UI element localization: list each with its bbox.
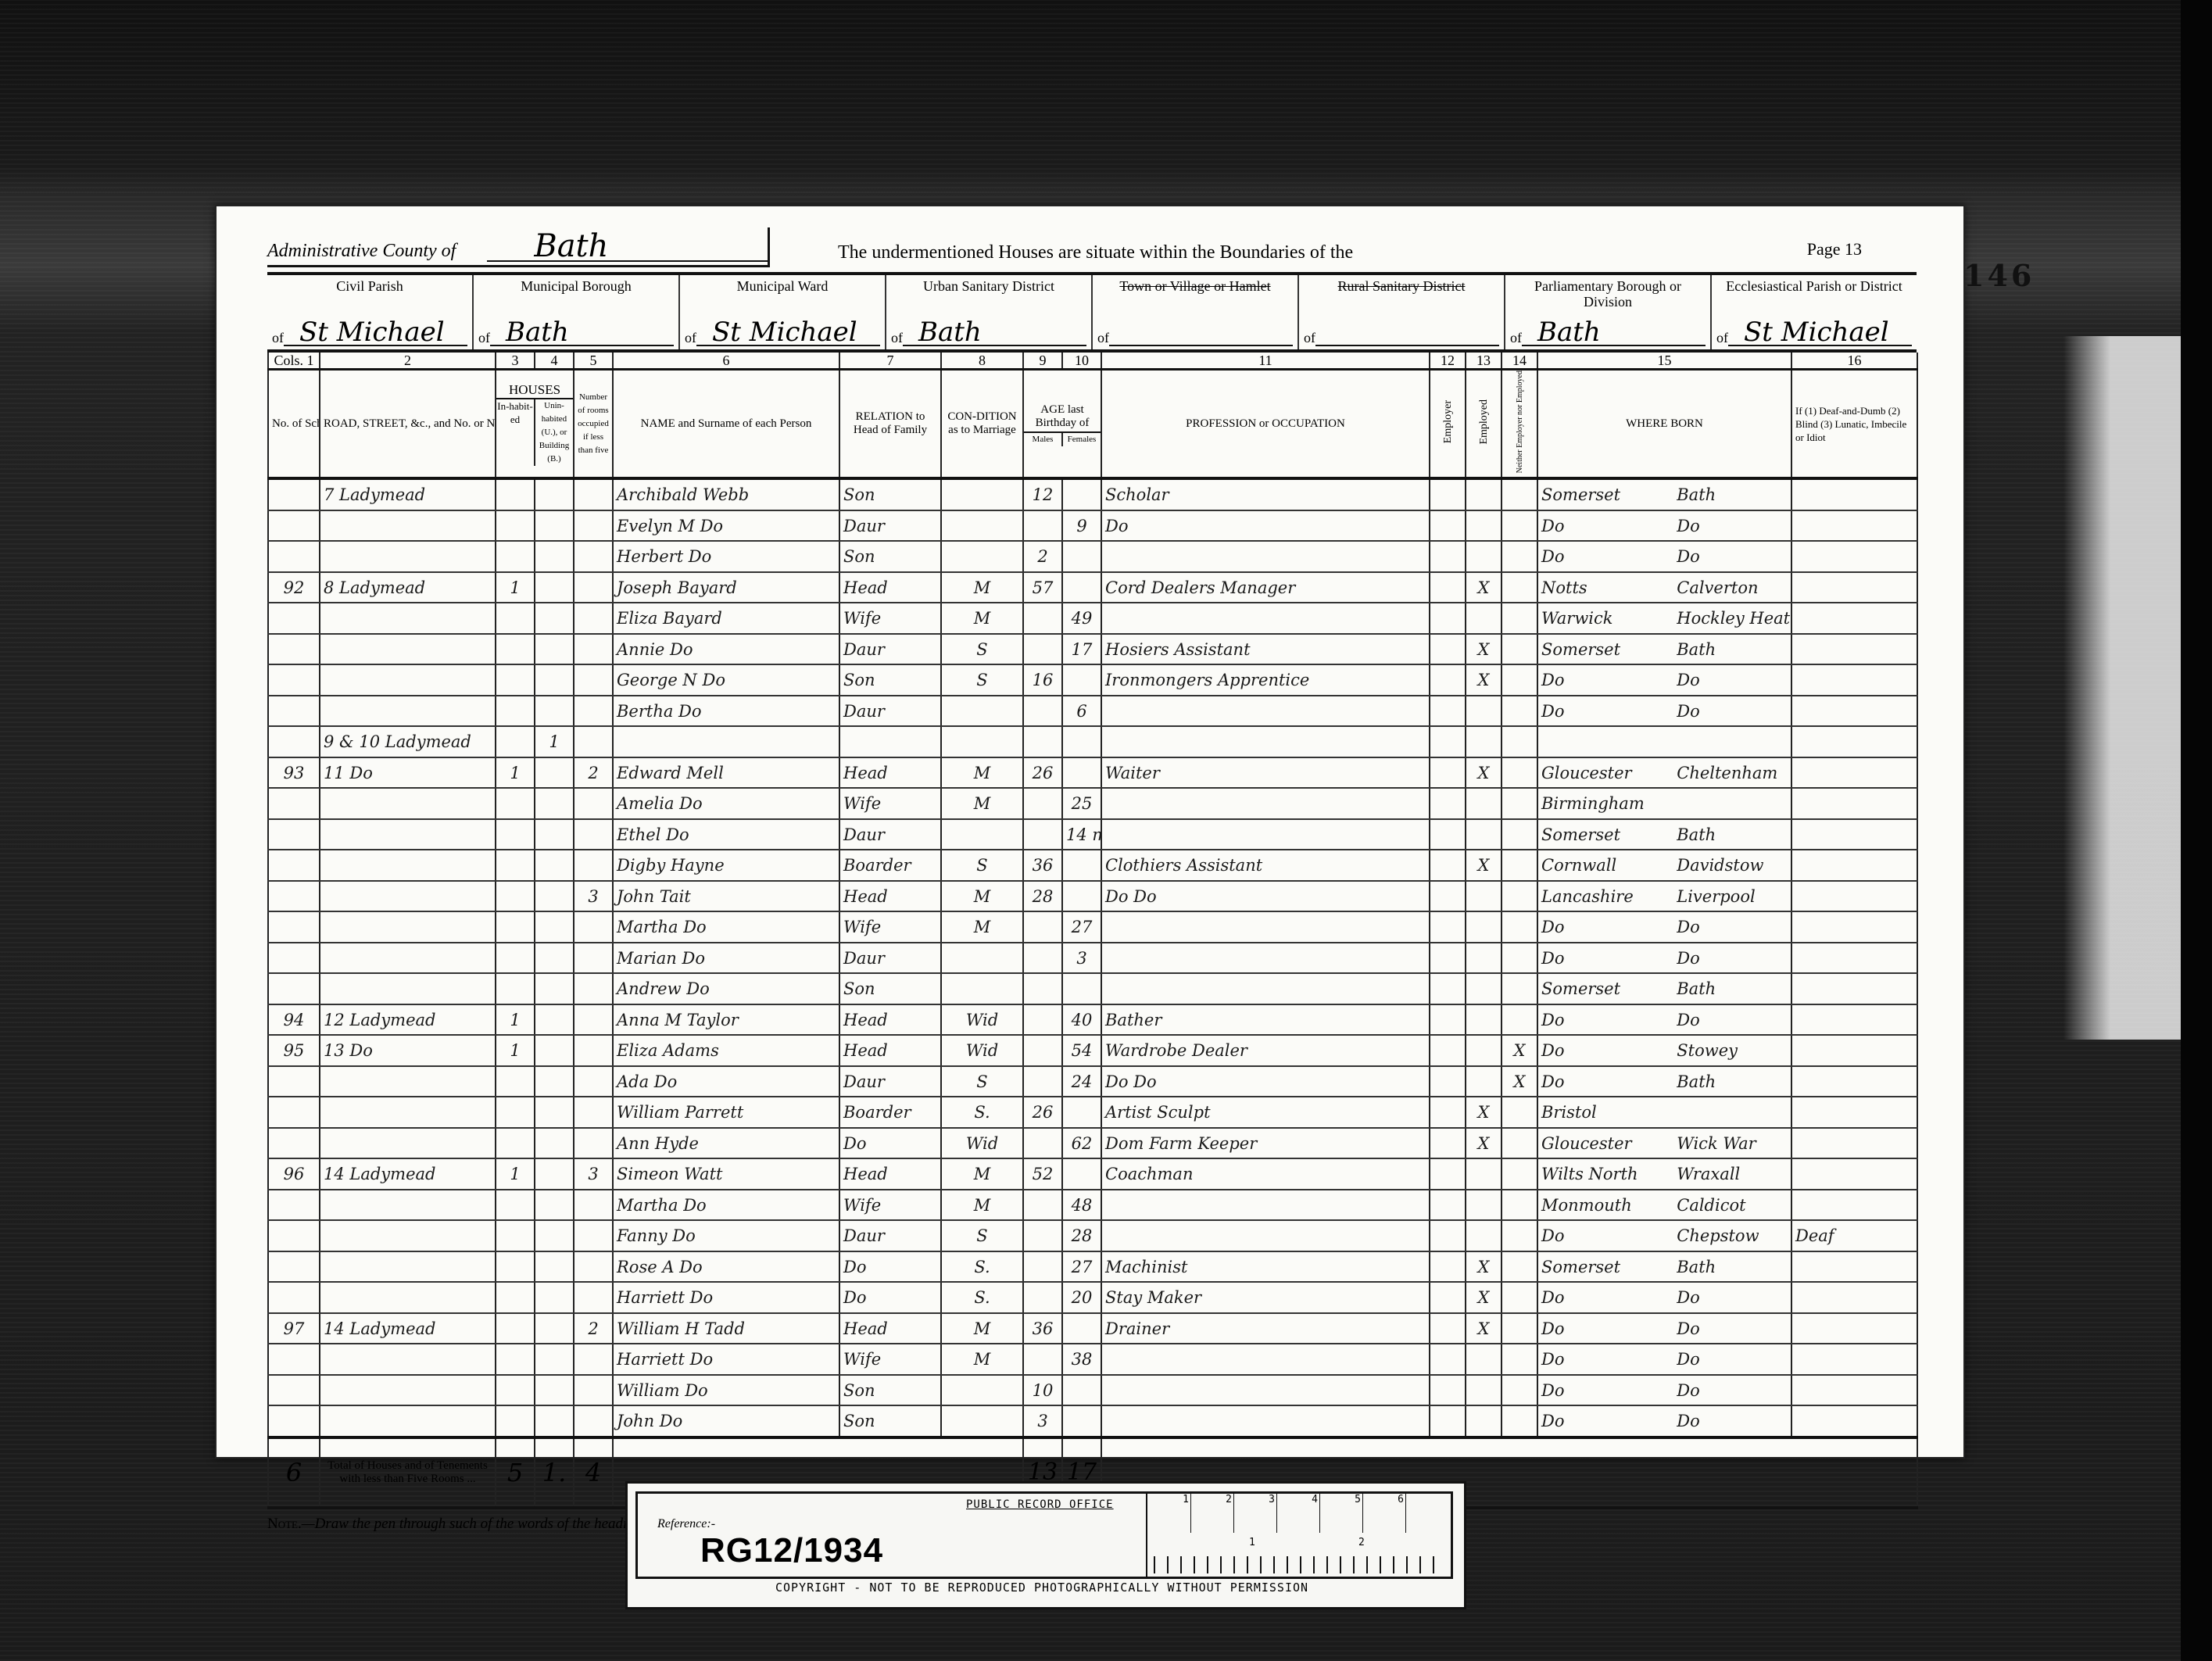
where-born-cell: DoDo [1537,1375,1791,1406]
infirmity-cell [1791,911,1917,943]
female-age-cell: 27 [1062,1251,1101,1283]
table-row: William ParrettBoarderS.26Artist SculptX… [268,1097,1917,1128]
employed-label: Employed [1477,399,1491,445]
rooms-cell [574,541,613,572]
road-cell: 9 & 10 Ladymead [320,726,496,757]
name-cell: John Do [613,1405,839,1437]
relation-cell: Son [839,1375,941,1406]
male-age-cell [1023,603,1062,634]
occupation-cell: Do [1101,510,1430,542]
born-county: Birmingham [1541,794,1677,813]
born-place: Bath [1677,1072,1716,1091]
header-condition: CON-DITION as to Marriage [941,370,1023,479]
table-row: Herbert DoSon2DoDo [268,541,1917,572]
relation-cell: Head [839,1313,941,1344]
schedule-cell [268,788,320,819]
inhabited-cell [496,1128,535,1159]
schedule-cell: 93 [268,757,320,789]
name-cell: Ann Hyde [613,1128,839,1159]
road-cell: 14 Ladymead [320,1158,496,1190]
where-born-cell: DoDo [1537,911,1791,943]
female-age-cell: 27 [1062,911,1101,943]
employer-cell [1430,478,1466,510]
road-cell: 7 Ladymead [320,478,496,510]
infirmity-cell [1791,1035,1917,1066]
male-age-cell [1023,943,1062,974]
header-rooms: Number of rooms occupied if less than fi… [574,370,613,479]
relation-cell: Son [839,478,941,510]
male-age-cell [1023,1282,1062,1313]
neither-label: Neither Employer nor Employed [1513,371,1527,473]
column-number: 6 [613,353,839,370]
male-age-cell: 26 [1023,1097,1062,1128]
female-age-cell: 40 [1062,1004,1101,1036]
male-age-cell [1023,696,1062,727]
uninhabited-cell [535,943,574,974]
born-place: Caldicot [1677,1196,1745,1215]
rooms-cell: 2 [574,1313,613,1344]
page-number: Page 13 [1807,239,1862,260]
neither-cell [1502,1344,1537,1375]
neither-cell [1502,1282,1537,1313]
female-age-cell: 25 [1062,788,1101,819]
condition-cell: M [941,1158,1023,1190]
area-title: Urban Sanitary District [891,278,1086,294]
header-uninhabited: Unin-habited (U.), or Building (B.) [535,399,573,466]
relation-cell: Boarder [839,1097,941,1128]
table-row: Evelyn M DoDaur9DoDoDo [268,510,1917,542]
name-cell: Marian Do [613,943,839,974]
employed-cell [1466,1190,1502,1221]
rooms-cell [574,510,613,542]
road-cell [320,664,496,696]
male-age-cell [1023,634,1062,665]
employer-cell [1430,1220,1466,1251]
uninhabited-cell [535,510,574,542]
where-born-cell: SomersetBath [1537,634,1791,665]
neither-cell [1502,572,1537,603]
condition-cell [941,510,1023,542]
employer-cell [1430,1344,1466,1375]
column-number: 7 [839,353,941,370]
inhabited-cell [496,1066,535,1097]
born-county: Monmouth [1541,1196,1677,1215]
employer-cell [1430,757,1466,789]
where-born-cell: GloucesterWick War [1537,1128,1791,1159]
relation-cell: Wife [839,1344,941,1375]
header-inhabited: In-habit-ed [496,399,535,466]
condition-cell: Wid [941,1035,1023,1066]
name-cell: Martha Do [613,1190,839,1221]
where-born-cell: Birmingham [1537,788,1791,819]
infirmity-cell [1791,819,1917,850]
rooms-cell [574,1066,613,1097]
employer-cell [1430,1405,1466,1437]
employed-cell: X [1466,572,1502,603]
census-table: Cols. 12345678910111213141516 No. of Sch… [267,353,1918,1509]
column-numbers: Cols. 12345678910111213141516 [268,353,1917,370]
table-row: Fanny DoDaurS28DoChepstowDeaf [268,1220,1917,1251]
born-county: Bristol [1541,1103,1677,1122]
where-born-cell [1537,726,1791,757]
uninhabited-cell [535,1344,574,1375]
neither-cell [1502,478,1537,510]
employer-cell [1430,1035,1466,1066]
employed-cell: X [1466,664,1502,696]
rooms-cell [574,603,613,634]
condition-cell: S. [941,1097,1023,1128]
road-cell: 14 Ladymead [320,1313,496,1344]
neither-cell [1502,634,1537,665]
occupation-cell: Wardrobe Dealer [1101,1035,1430,1066]
uninhabited-cell [535,1004,574,1036]
column-number: 8 [941,353,1023,370]
occupation-cell [1101,1344,1430,1375]
where-born-cell: Wilts NorthWraxall [1537,1158,1791,1190]
employer-cell [1430,664,1466,696]
employed-cell [1466,478,1502,510]
rooms-cell [574,973,613,1004]
rooms-cell [574,664,613,696]
name-cell: William Do [613,1375,839,1406]
name-cell: John Tait [613,881,839,912]
header-males: Males [1024,433,1063,446]
employer-cell [1430,850,1466,881]
schedule-cell [268,1405,320,1437]
table-row: George N DoSonS16Ironmongers ApprenticeX… [268,664,1917,696]
born-county: Do [1541,1072,1677,1091]
born-place: Wraxall [1677,1165,1740,1183]
inhabited-cell [496,541,535,572]
employer-cell [1430,1066,1466,1097]
area-title: Municipal Ward [685,278,880,294]
rooms-cell [574,850,613,881]
census-form: Administrative County of Bath The underm… [267,228,1917,1533]
name-cell: Bertha Do [613,696,839,727]
schedule-cell [268,943,320,974]
occupation-cell: Stay Maker [1101,1282,1430,1313]
area-title: Ecclesiastical Parish or District [1716,278,1912,294]
road-cell [320,510,496,542]
rooms-cell [574,696,613,727]
uninhabited-cell [535,1282,574,1313]
infirmity-cell: Deaf [1791,1220,1917,1251]
employer-cell [1430,1282,1466,1313]
road-cell [320,788,496,819]
infirmity-cell [1791,1313,1917,1344]
schedule-cell [268,1344,320,1375]
where-born-cell: DoDo [1537,1405,1791,1437]
inhabited-cell [496,850,535,881]
name-cell: Amelia Do [613,788,839,819]
born-place: Cheltenham [1677,764,1777,782]
occupation-cell: Coachman [1101,1158,1430,1190]
employed-cell: X [1466,1282,1502,1313]
relation-cell: Head [839,757,941,789]
condition-cell [941,696,1023,727]
name-cell: Annie Do [613,634,839,665]
rooms-cell: 2 [574,757,613,789]
rooms-cell [574,1344,613,1375]
area-value [1315,320,1499,346]
male-age-cell: 10 [1023,1375,1062,1406]
born-place: Bath [1677,1258,1716,1276]
census-page: Administrative County of Bath The underm… [215,205,1965,1459]
neither-cell [1502,664,1537,696]
relation-cell: Do [839,1251,941,1283]
rooms-cell [574,1097,613,1128]
area-value-line: ofSt Michael [685,320,880,346]
female-age-cell [1062,881,1101,912]
relation-cell: Daur [839,1220,941,1251]
infirmity-cell [1791,1344,1917,1375]
cm-tick: 2 [1190,1494,1234,1533]
infirmity-cell [1791,788,1917,819]
road-cell [320,1344,496,1375]
neither-cell [1502,757,1537,789]
born-county: Do [1541,1319,1677,1338]
infirmity-cell [1791,634,1917,665]
infirmity-cell [1791,1128,1917,1159]
table-row: William DoSon10DoDo [268,1375,1917,1406]
road-cell [320,973,496,1004]
road-cell [320,850,496,881]
schedule-cell [268,973,320,1004]
inch-tick: 1 [1249,1537,1255,1548]
header-road: ROAD, STREET, &c., and No. or NAME of HO… [320,370,496,479]
born-place: Do [1677,547,1699,566]
condition-cell: M [941,757,1023,789]
neither-cell [1502,1004,1537,1036]
employed-cell: X [1466,1251,1502,1283]
neither-cell [1502,510,1537,542]
employer-cell [1430,1004,1466,1036]
schedule-cell [268,478,320,510]
infirmity-cell [1791,943,1917,974]
born-place: Calverton [1677,578,1758,597]
condition-cell: S. [941,1251,1023,1283]
condition-cell: M [941,911,1023,943]
area-5: Rural Sanitary Districtof [1299,275,1505,349]
road-cell [320,1066,496,1097]
reference-box: PUBLIC RECORD OFFICE Reference:- RG12/19… [635,1491,1453,1579]
road-cell [320,881,496,912]
female-age-cell: 9 [1062,510,1101,542]
where-born-cell: CornwallDavidstow [1537,850,1791,881]
born-county: Gloucester [1541,1134,1677,1153]
schedule-cell: 94 [268,1004,320,1036]
where-born-cell: DoDo [1537,943,1791,974]
where-born-cell: DoDo [1537,664,1791,696]
born-place: Davidstow [1677,856,1763,875]
uninhabited-cell [535,541,574,572]
schedule-cell [268,881,320,912]
road-cell [320,943,496,974]
road-cell [320,1128,496,1159]
occupation-cell [1101,603,1430,634]
area-1: Municipal BoroughofBath [474,275,680,349]
where-born-cell: DoDo [1537,510,1791,542]
employed-cell: X [1466,1128,1502,1159]
infirmity-cell [1791,726,1917,757]
employed-cell [1466,510,1502,542]
table-row: 7 LadymeadArchibald WebbSon12ScholarSome… [268,478,1917,510]
born-county: Do [1541,671,1677,689]
condition-cell: M [941,1313,1023,1344]
infirmity-cell [1791,696,1917,727]
employed-cell: X [1466,850,1502,881]
schedule-cell [268,696,320,727]
area-of: of [1304,330,1315,346]
table-row: Harriett DoWifeM38DoDo [268,1344,1917,1375]
female-age-cell [1062,973,1101,1004]
area-value-line: ofBath [891,320,1086,346]
area-3: Urban Sanitary DistrictofBath [886,275,1093,349]
employer-cell [1430,973,1466,1004]
where-born-cell: DoDo [1537,1344,1791,1375]
neither-cell [1502,1158,1537,1190]
uninhabited-cell [535,1128,574,1159]
road-cell: 8 Ladymead [320,572,496,603]
condition-cell [941,819,1023,850]
total-houses-label: Total of Houses and of Tenements with le… [320,1437,496,1508]
where-born-cell: DoDo [1537,696,1791,727]
inch-tick: 2 [1358,1537,1365,1548]
infirmity-cell [1791,1251,1917,1283]
admin-county-value: Bath [487,232,768,262]
male-age-cell [1023,726,1062,757]
occupation-cell: Drainer [1101,1313,1430,1344]
form-header: Administrative County of Bath The underm… [267,228,1917,267]
born-place: Do [1677,1011,1699,1029]
born-place: Wick War [1677,1134,1756,1153]
table-row: Ada DoDaurS24Do DoXDoBath [268,1066,1917,1097]
born-county: Do [1541,1381,1677,1400]
area-value: St Michael [696,320,880,346]
area-value: Bath [1522,320,1706,346]
uninhabited-cell [535,1251,574,1283]
table-row: Andrew DoSonSomersetBath [268,973,1917,1004]
occupation-cell [1101,973,1430,1004]
relation-cell: Wife [839,788,941,819]
born-county: Somerset [1541,1258,1677,1276]
area-of: of [1097,330,1109,346]
rooms-cell [574,1251,613,1283]
occupation-cell: Waiter [1101,757,1430,789]
occupation-cell: Clothiers Assistant [1101,850,1430,881]
total-schedules: 6 [268,1437,320,1508]
cm-tick: 5 [1319,1494,1363,1533]
area-7: Ecclesiastical Parish or DistrictofSt Mi… [1712,275,1917,349]
area-title: Parliamentary Borough or Division [1510,278,1706,310]
female-age-cell: 49 [1062,603,1101,634]
condition-cell [941,478,1023,510]
name-cell: Joseph Bayard [613,572,839,603]
condition-cell: Wid [941,1004,1023,1036]
born-county: Lancashire [1541,887,1677,906]
header-females: Females [1063,433,1101,446]
female-age-cell [1062,572,1101,603]
neither-cell [1502,943,1537,974]
road-cell: 11 Do [320,757,496,789]
occupation-cell: Hosiers Assistant [1101,634,1430,665]
header-where-born: WHERE BORN [1537,370,1791,479]
condition-cell: M [941,1190,1023,1221]
employed-cell [1466,1004,1502,1036]
male-age-cell [1023,1004,1062,1036]
relation-cell: Wife [839,603,941,634]
born-place: Bath [1677,485,1716,504]
condition-cell [941,726,1023,757]
area-value-line: ofSt Michael [272,320,467,346]
schedule-cell: 97 [268,1313,320,1344]
relation-cell: Wife [839,911,941,943]
uninhabited-cell [535,911,574,943]
born-county: Gloucester [1541,764,1677,782]
born-county: Do [1541,1226,1677,1245]
employer-cell [1430,603,1466,634]
employed-cell [1466,726,1502,757]
reference-label: Reference:- [657,1517,715,1531]
header-employed: Employed [1466,370,1502,479]
table-row: Digby HayneBoarderS36Clothiers Assistant… [268,850,1917,881]
table-row: 9513 Do1Eliza AdamsHeadWid54Wardrobe Dea… [268,1035,1917,1066]
rooms-cell [574,1282,613,1313]
rooms-cell: 3 [574,881,613,912]
occupation-cell: Machinist [1101,1251,1430,1283]
header-neither: Neither Employer nor Employed [1502,370,1537,479]
table-row: Martha DoWifeM48MonmouthCaldicot [268,1190,1917,1221]
name-cell: Fanny Do [613,1220,839,1251]
neither-cell [1502,696,1537,727]
condition-cell: S [941,634,1023,665]
born-county: Cornwall [1541,856,1677,875]
schedule-cell [268,510,320,542]
area-value: St Michael [1728,320,1912,346]
name-cell: Digby Hayne [613,850,839,881]
neither-cell [1502,1190,1537,1221]
inhabited-cell: 1 [496,572,535,603]
rooms-cell [574,943,613,974]
female-age-cell [1062,478,1101,510]
rooms-cell [574,726,613,757]
area-of: of [478,330,490,346]
employer-cell [1430,881,1466,912]
female-age-cell: 3 [1062,943,1101,974]
born-place: Do [1677,1288,1699,1307]
employed-cell [1466,541,1502,572]
inhabited-cell [496,726,535,757]
neither-cell: X [1502,1035,1537,1066]
uninhabited-cell: 1 [535,726,574,757]
condition-cell: M [941,572,1023,603]
cm-tick: 4 [1276,1494,1320,1533]
area-value-line: of [1097,320,1293,346]
where-born-cell: SomersetBath [1537,478,1791,510]
inhabited-cell [496,1097,535,1128]
table-row: 9311 Do12Edward MellHeadM26WaiterXGlouce… [268,757,1917,789]
male-age-cell [1023,510,1062,542]
male-age-cell: 12 [1023,478,1062,510]
table-row: Marian DoDaur3DoDo [268,943,1917,974]
rooms-cell [574,1405,613,1437]
neither-cell [1502,850,1537,881]
inhabited-cell [496,1375,535,1406]
schedule-cell: 92 [268,572,320,603]
male-age-cell [1023,1251,1062,1283]
area-value: St Michael [284,320,467,346]
area-2: Municipal WardofSt Michael [680,275,886,349]
